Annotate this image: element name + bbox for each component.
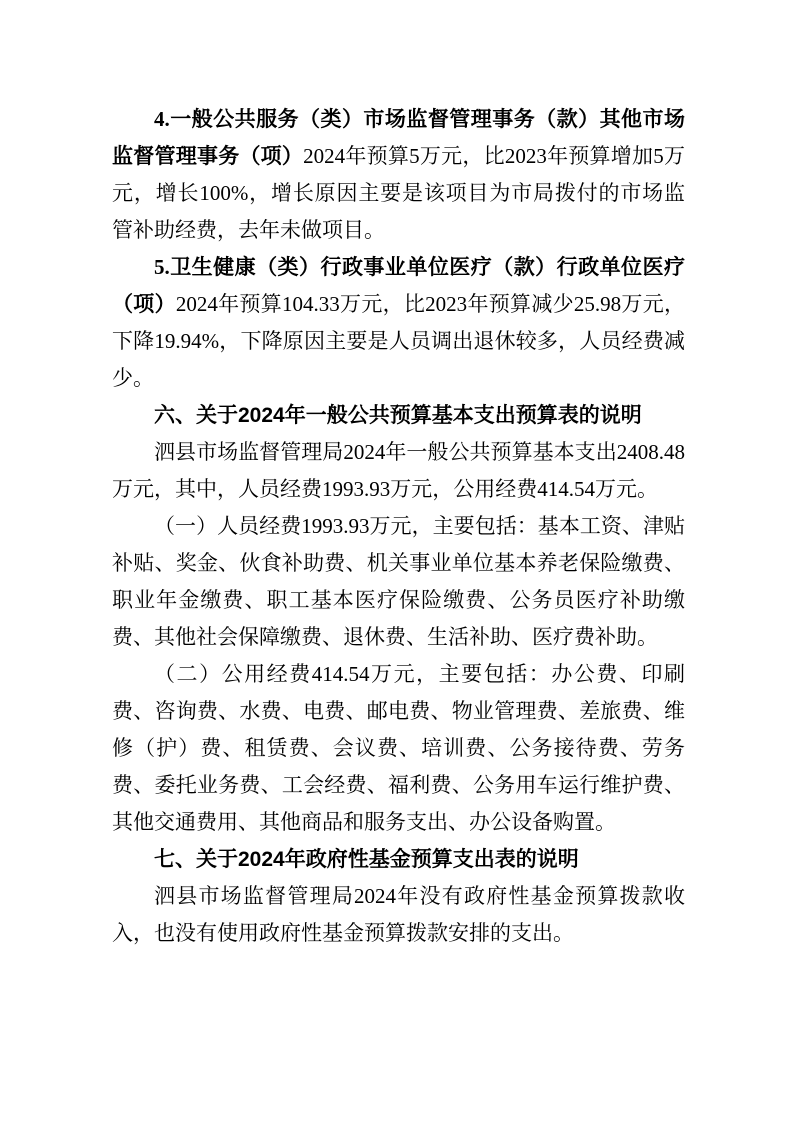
paragraph-item-5: 5.卫生健康（类）行政事业单位医疗（款）行政单位医疗（项）2024年预算104.… — [112, 249, 685, 397]
paragraph-personnel-funds: （一）人员经费1993.93万元，主要包括：基本工资、津贴补贴、奖金、伙食补助费… — [112, 508, 685, 656]
document-page: 4.一般公共服务（类）市场监督管理事务（款）其他市场监督管理事务（项）2024年… — [0, 0, 793, 1122]
paragraph-public-funds: （二）公用经费414.54万元，主要包括：办公费、印刷费、咨询费、水费、电费、邮… — [112, 656, 685, 841]
paragraph-government-fund-statement: 泗县市场监督管理局2024年没有政府性基金预算拨款收入，也没有使用政府性基金预算… — [112, 878, 685, 952]
section-heading-six: 六、关于2024年一般公共预算基本支出预算表的说明 — [112, 397, 685, 434]
paragraph-item-5-text: 2024年预算104.33万元，比2023年预算减少25.98万元，下降19.9… — [112, 292, 685, 390]
section-heading-seven: 七、关于2024年政府性基金预算支出表的说明 — [112, 841, 685, 878]
paragraph-item-4: 4.一般公共服务（类）市场监督管理事务（款）其他市场监督管理事务（项）2024年… — [112, 101, 685, 249]
document-body: 4.一般公共服务（类）市场监督管理事务（款）其他市场监督管理事务（项）2024年… — [112, 101, 685, 952]
paragraph-basic-expenditure-summary: 泗县市场监督管理局2024年一般公共预算基本支出2408.48万元，其中，人员经… — [112, 434, 685, 508]
